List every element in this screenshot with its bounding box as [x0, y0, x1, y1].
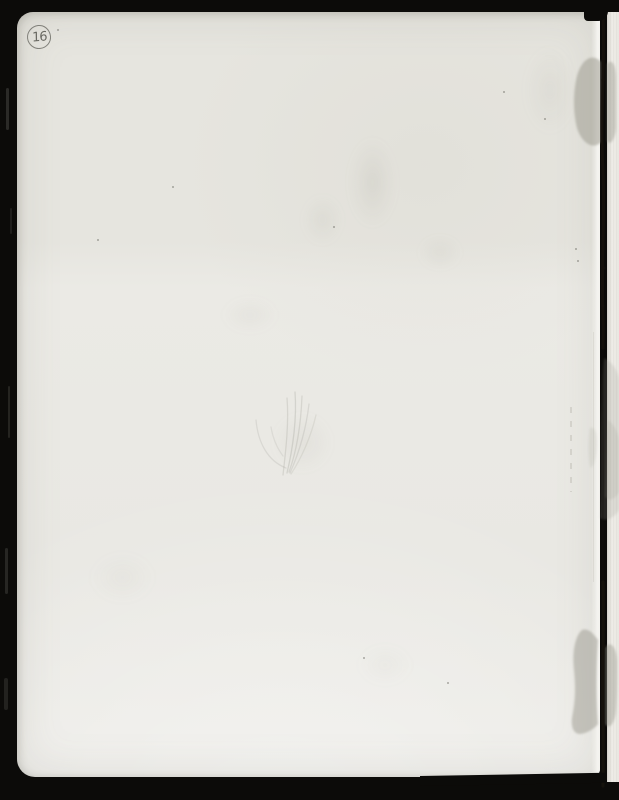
paper-smudge: [300, 190, 345, 250]
underlying-page-edge: [10, 208, 12, 234]
paper-smudge: [345, 125, 400, 240]
dust-speck: [503, 91, 505, 93]
page-gutter-shadow: [594, 6, 614, 792]
dust-speck: [447, 682, 449, 684]
faint-pencil-sketch: [240, 385, 350, 485]
underlying-page-edge: [4, 678, 8, 710]
underlying-page-edge: [8, 386, 10, 438]
dust-speck: [333, 226, 335, 228]
underlying-page-edge: [5, 548, 8, 594]
paper-smudge: [215, 295, 285, 335]
underlying-page-edge: [6, 88, 9, 130]
dust-speck: [363, 657, 365, 659]
folio-number-circle: 16: [26, 24, 53, 51]
dust-speck: [544, 118, 546, 120]
sketchbook-photograph: 16: [0, 0, 619, 800]
background-top-notch: [584, 0, 608, 21]
paper-smudge: [350, 640, 420, 690]
dust-speck: [57, 29, 59, 31]
sketchbook-page: 16: [17, 12, 600, 777]
paper-smudge: [80, 545, 165, 610]
dust-speck: [172, 186, 174, 188]
folio-number: 16: [32, 30, 47, 44]
paper-smudge: [415, 235, 465, 270]
background-bottom-edge: [420, 773, 605, 786]
dust-speck: [97, 239, 99, 241]
